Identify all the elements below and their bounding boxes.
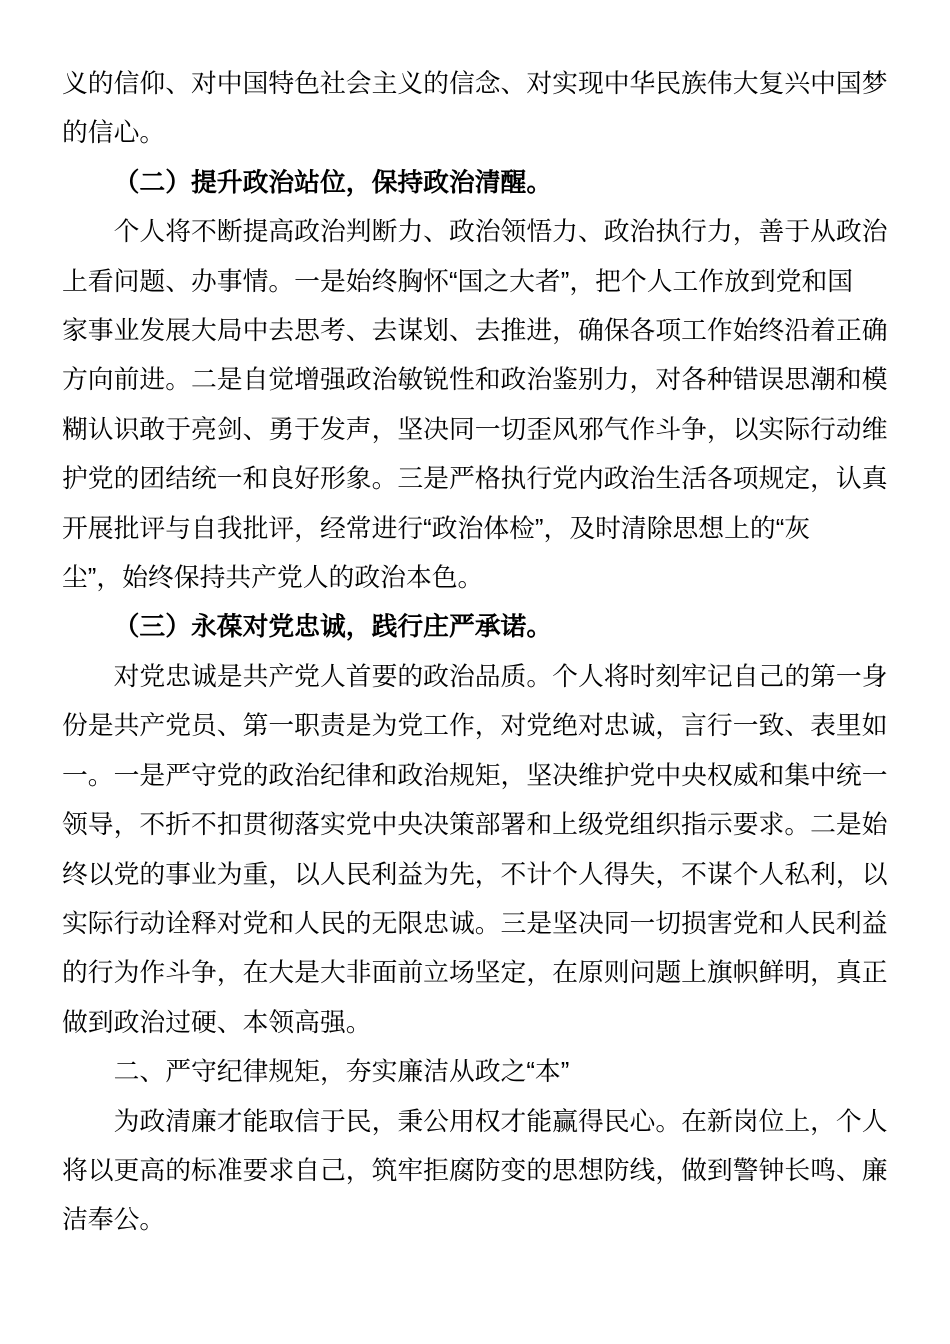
paragraph-party-loyalty: 对党忠诚是共产党人首要的政治品质。个人将时刻牢记自己的第一身 份是共产党员、第一… (62, 653, 920, 1048)
paragraph-belief-continuation: 义的信仰、对中国特色社会主义的信念、对实现中华民族伟大复兴中国梦 的信心。 (62, 60, 920, 159)
subheading-political-stance: （二）提升政治站位，保持政治清醒。 (62, 159, 920, 208)
section-heading-discipline: 二、严守纪律规矩，夯实廉洁从政之“本” (62, 1048, 920, 1097)
paragraph-political-stance: 个人将不断提高政治判断力、政治领悟力、政治执行力，善于从政治 上看问题、办事情。… (62, 208, 920, 603)
document-page: 义的信仰、对中国特色社会主义的信念、对实现中华民族伟大复兴中国梦 的信心。 （二… (0, 0, 950, 1344)
paragraph-clean-governance: 为政清廉才能取信于民，秉公用权才能赢得民心。在新岗位上，个人 将以更高的标准要求… (62, 1098, 920, 1246)
subheading-party-loyalty: （三）永葆对党忠诚，践行庄严承诺。 (62, 603, 920, 652)
